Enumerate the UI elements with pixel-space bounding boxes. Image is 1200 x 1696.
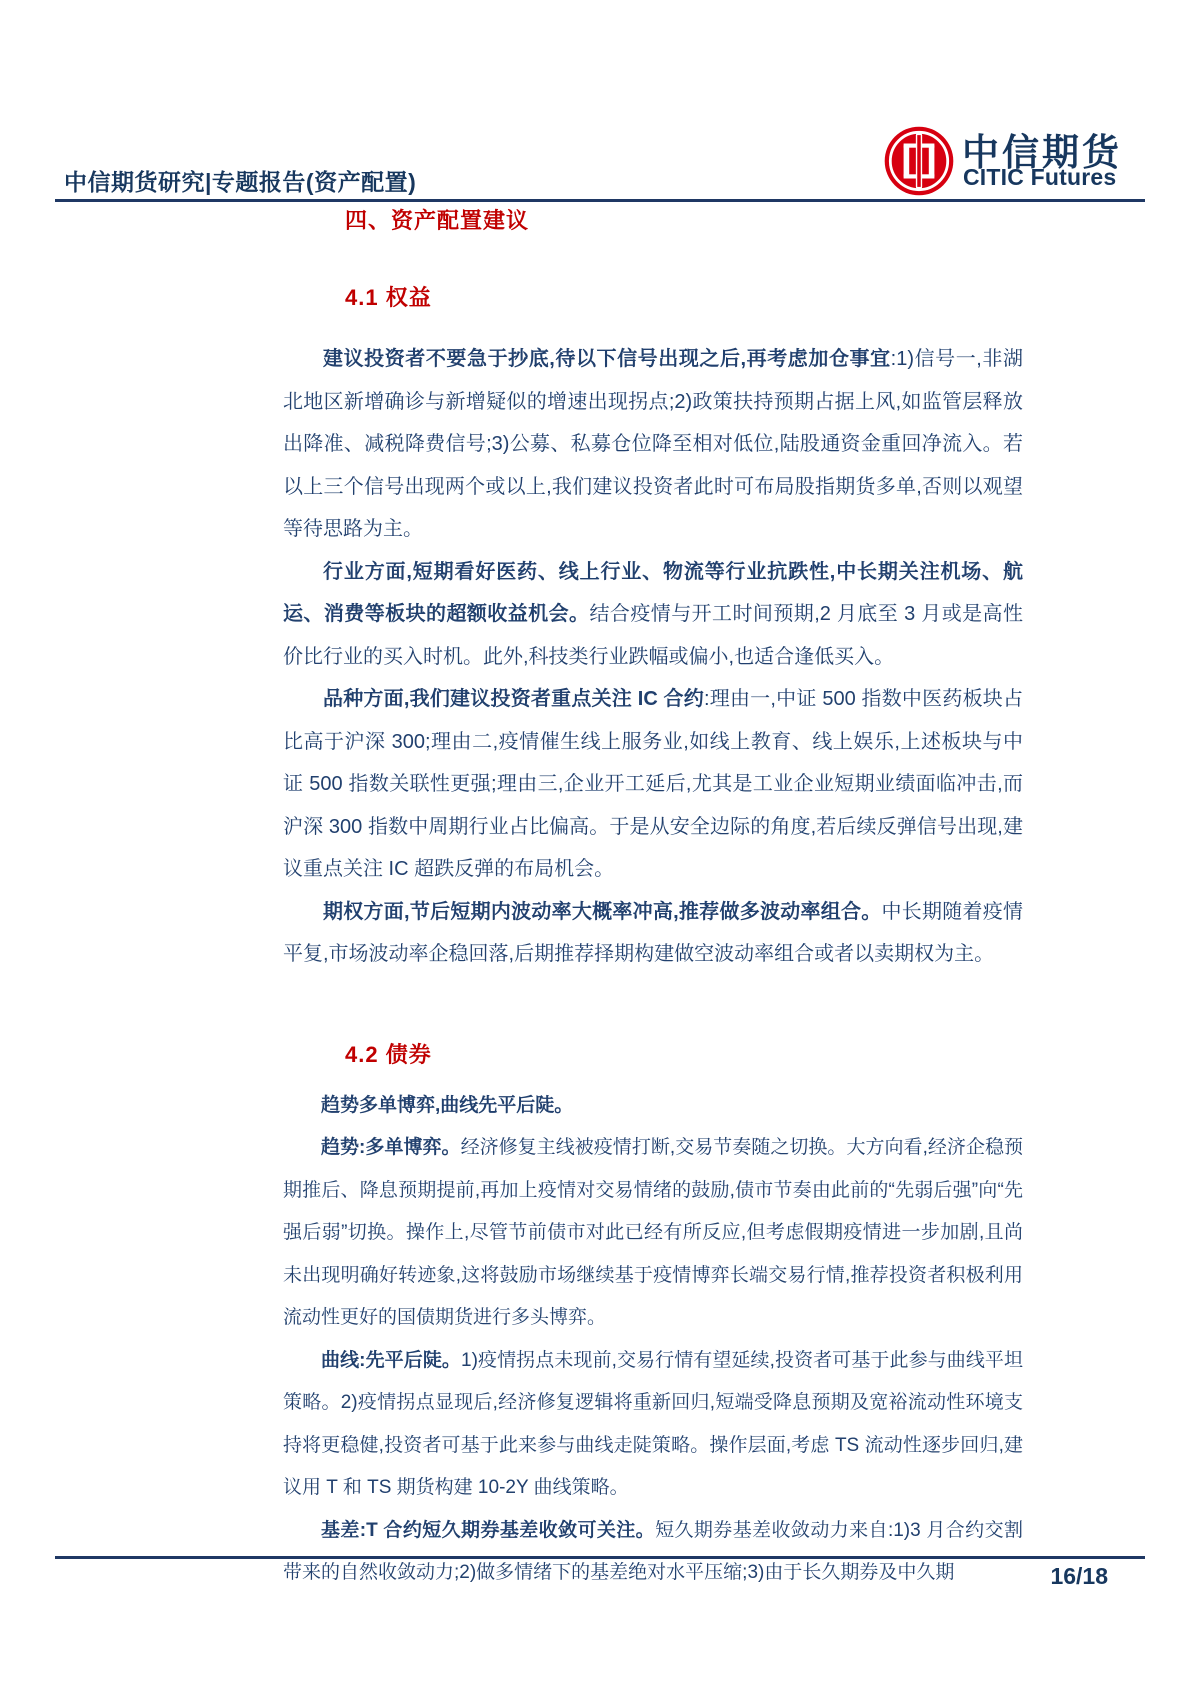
paragraph: 趋势:多单博弈。经济修复主线被疫情打断,交易节奏随之切换。大方向看,经济企稳预期… bbox=[283, 1127, 1023, 1340]
subsection-bonds: 4.2 债券 趋势多单博弈,曲线先平后陡。 趋势:多单博弈。经济修复主线被疫情打… bbox=[283, 1038, 1023, 1595]
header-divider bbox=[55, 199, 1145, 202]
paragraph: 品种方面,我们建议投资者重点关注 IC 合约:理由一,中证 500 指数中医药板… bbox=[283, 678, 1023, 891]
citic-logo-icon bbox=[884, 126, 954, 196]
page-number: 16/18 bbox=[1050, 1563, 1108, 1590]
subsection-title-bonds: 4.2 债券 bbox=[345, 1038, 1023, 1069]
header-report-label: 中信期货研究|专题报告(资产配置) bbox=[64, 164, 416, 197]
citic-logo: 中信期货 CITIC Futures bbox=[884, 124, 1144, 200]
paragraph: 建议投资者不要急于抄底,待以下信号出现之后,再考虑加仓事宜:1)信号一,非湖北地… bbox=[283, 338, 1023, 551]
section-title: 四、资产配置建议 bbox=[345, 204, 1023, 235]
equity-paragraphs: 建议投资者不要急于抄底,待以下信号出现之后,再考虑加仓事宜:1)信号一,非湖北地… bbox=[283, 338, 1023, 976]
paragraph: 期权方面,节后短期内波动率大概率冲高,推荐做多波动率组合。中长期随着疫情平复,市… bbox=[283, 891, 1023, 976]
paragraph: 曲线:先平后陡。1)疫情拐点未现前,交易行情有望延续,投资者可基于此参与曲线平坦… bbox=[283, 1340, 1023, 1510]
paragraph: 基差:T 合约短久期券基差收敛可关注。短久期券基差收敛动力来自:1)3 月合约交… bbox=[283, 1510, 1023, 1595]
footer-divider bbox=[55, 1556, 1145, 1559]
subsection-title-equity: 4.1 权益 bbox=[345, 281, 1023, 312]
bonds-paragraphs: 趋势多单博弈,曲线先平后陡。 趋势:多单博弈。经济修复主线被疫情打断,交易节奏随… bbox=[283, 1085, 1023, 1595]
page-content: 四、资产配置建议 4.1 权益 建议投资者不要急于抄底,待以下信号出现之后,再考… bbox=[283, 204, 1023, 1595]
paragraph: 行业方面,短期看好医药、线上行业、物流等行业抗跌性,中长期关注机场、航运、消费等… bbox=[283, 551, 1023, 679]
subsection-equity: 4.1 权益 建议投资者不要急于抄底,待以下信号出现之后,再考虑加仓事宜:1)信… bbox=[283, 281, 1023, 976]
logo-company-name-en: CITIC Futures bbox=[963, 164, 1116, 191]
report-page: 中信期货研究|专题报告(资产配置) 中信期货 CITIC Futures 四、资… bbox=[0, 0, 1200, 1696]
paragraph: 趋势多单博弈,曲线先平后陡。 bbox=[283, 1085, 1023, 1128]
